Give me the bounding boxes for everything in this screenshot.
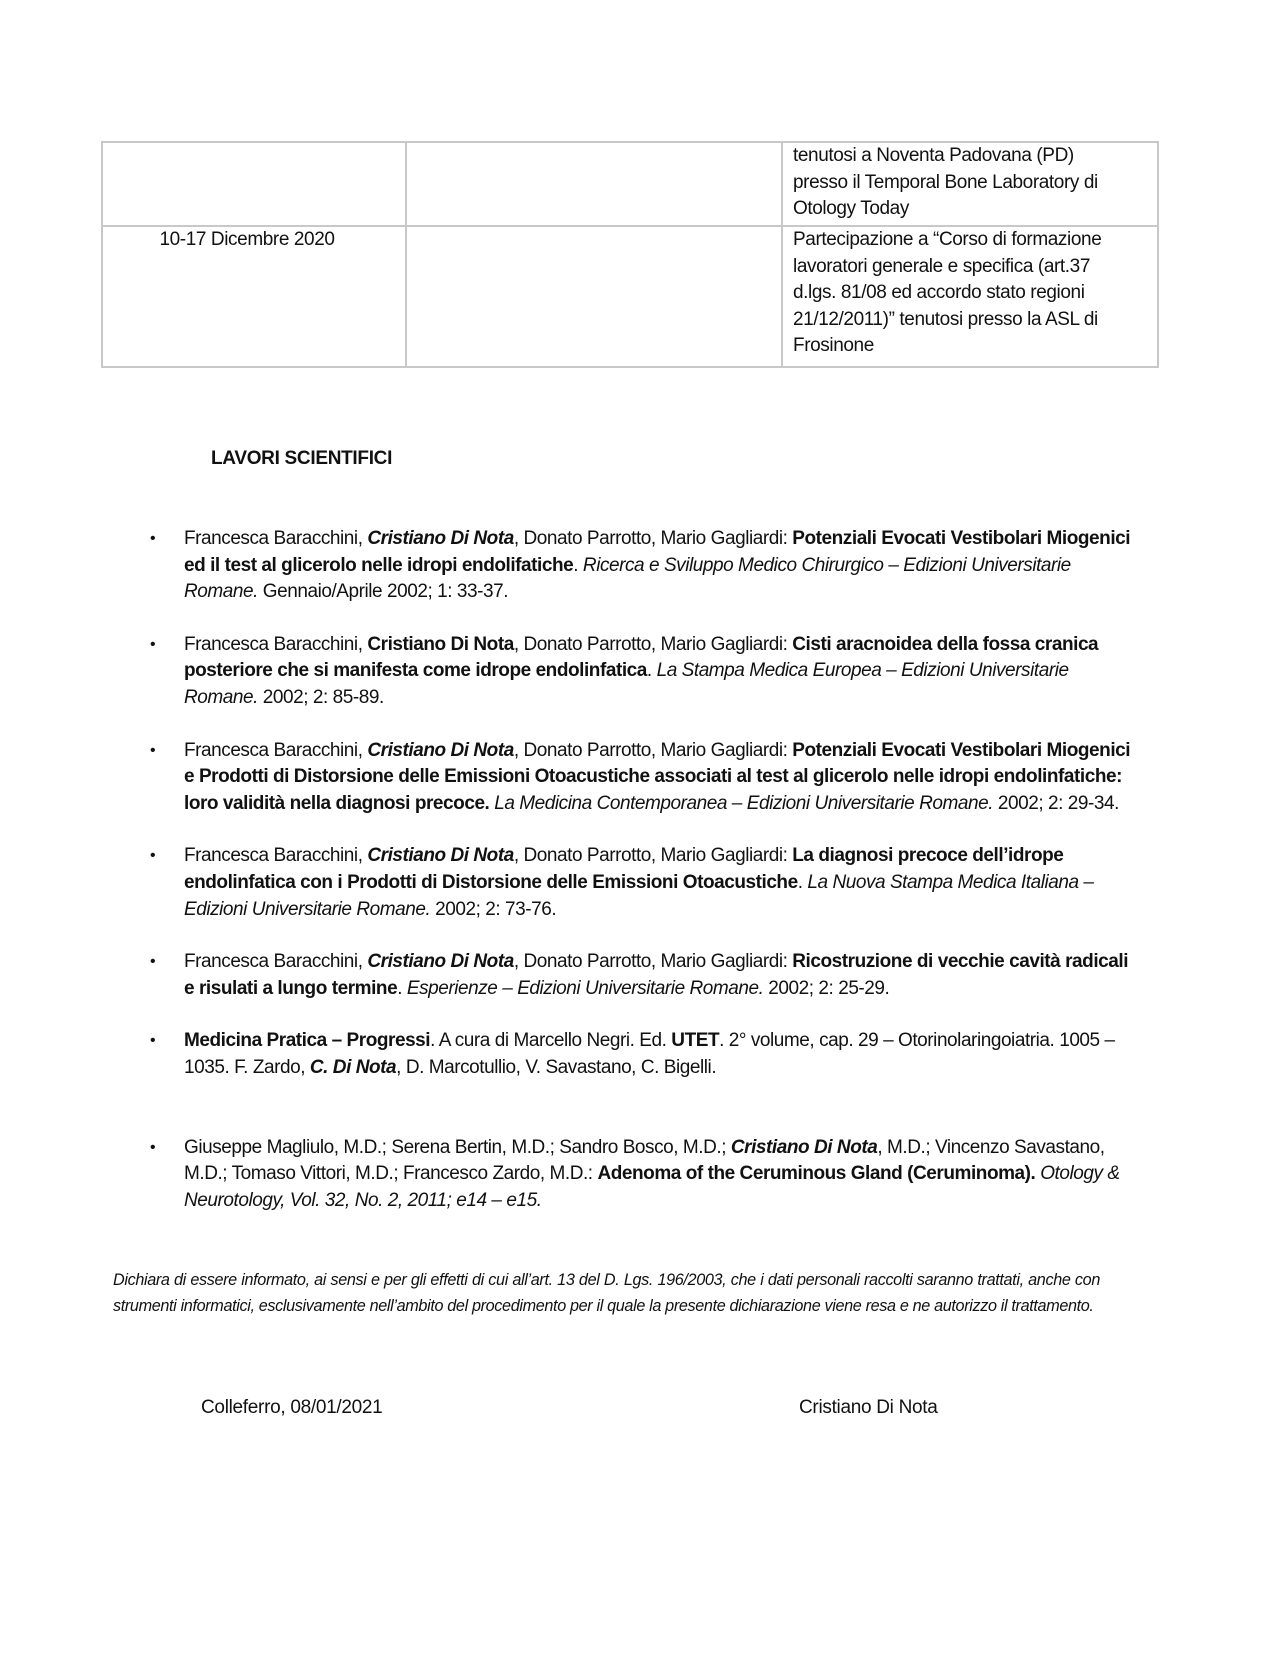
publication-text-segment: Cristiano Di Nota bbox=[367, 528, 513, 549]
publication-text-segment: Francesca Baracchini, bbox=[184, 528, 367, 549]
middle-cell bbox=[406, 226, 782, 367]
table-row: tenutosi a Noventa Padovana (PD) presso … bbox=[102, 142, 1158, 226]
training-table: tenutosi a Noventa Padovana (PD) presso … bbox=[101, 141, 1159, 368]
publication-text-segment: . bbox=[798, 872, 808, 893]
publication-item: •Medicina Pratica – Progressi. A cura di… bbox=[150, 1028, 1140, 1081]
publication-text-segment: Francesca Baracchini, bbox=[184, 951, 367, 972]
bullet-icon: • bbox=[150, 949, 155, 976]
description-cell: Partecipazione a “Corso di formazione la… bbox=[782, 226, 1158, 367]
publication-item: •Francesca Baracchini, Cristiano Di Nota… bbox=[150, 526, 1140, 606]
bullet-icon: • bbox=[150, 526, 155, 553]
publication-text-segment: La Medicina Contemporanea – Edizioni Uni… bbox=[494, 793, 993, 814]
publication-text-segment: , Donato Parrotto, Mario Gagliardi: bbox=[514, 740, 792, 761]
description-cell: tenutosi a Noventa Padovana (PD) presso … bbox=[782, 142, 1158, 226]
publication-text-segment: , Donato Parrotto, Mario Gagliardi: bbox=[514, 528, 792, 549]
publication-text-segment: . bbox=[397, 978, 407, 999]
publication-list: •Francesca Baracchini, Cristiano Di Nota… bbox=[150, 526, 1140, 1240]
bullet-icon: • bbox=[150, 632, 155, 659]
publication-item: •Francesca Baracchini, Cristiano Di Nota… bbox=[150, 632, 1140, 712]
publication-text-segment: . A cura di Marcello Negri. Ed. bbox=[430, 1030, 671, 1051]
publication-text-segment: Cristiano Di Nota bbox=[367, 634, 513, 655]
publication-text-segment: Cristiano Di Nota bbox=[367, 740, 513, 761]
publication-text-segment: , Donato Parrotto, Mario Gagliardi: bbox=[514, 951, 792, 972]
privacy-disclaimer: Dichiara di essere informato, ai sensi e… bbox=[113, 1268, 1100, 1319]
publication-text-segment: . bbox=[647, 660, 657, 681]
document-page: tenutosi a Noventa Padovana (PD) presso … bbox=[0, 0, 1280, 1656]
publication-text-segment: Cristiano Di Nota bbox=[731, 1137, 877, 1158]
table-row: 10-17 Dicembre 2020 Partecipazione a “Co… bbox=[102, 226, 1158, 367]
publication-text-segment: Adenoma of the Ceruminous Gland (Cerumin… bbox=[597, 1163, 1035, 1184]
publication-text-segment: C. Di Nota bbox=[310, 1057, 396, 1078]
publication-item: •Francesca Baracchini, Cristiano Di Nota… bbox=[150, 843, 1140, 923]
publication-text-segment: Giuseppe Magliulo, M.D.; Serena Bertin, … bbox=[184, 1137, 731, 1158]
publication-text-segment: 2002; 2: 29-34. bbox=[993, 793, 1119, 814]
publication-text-segment: UTET bbox=[671, 1030, 719, 1051]
bullet-icon: • bbox=[150, 738, 155, 765]
publication-text-segment: 2002; 2: 73-76. bbox=[430, 899, 556, 920]
publication-text-segment: Esperienze – Edizioni Universitarie Roma… bbox=[407, 978, 764, 999]
publication-text-segment: , D. Marcotullio, V. Savastano, C. Bigel… bbox=[396, 1057, 716, 1078]
date-cell bbox=[102, 142, 406, 226]
bullet-icon: • bbox=[150, 843, 155, 870]
publication-item: •Francesca Baracchini, Cristiano Di Nota… bbox=[150, 738, 1140, 818]
section-heading: LAVORI SCIENTIFICI bbox=[211, 448, 392, 470]
date-cell: 10-17 Dicembre 2020 bbox=[102, 226, 406, 367]
publication-text-segment: Gennaio/Aprile 2002; 1: 33-37. bbox=[258, 581, 508, 602]
signature-name: Cristiano Di Nota bbox=[799, 1397, 938, 1419]
publication-text-segment: Medicina Pratica – Progressi bbox=[184, 1030, 430, 1051]
bullet-icon: • bbox=[150, 1135, 155, 1162]
publication-item: •Giuseppe Magliulo, M.D.; Serena Bertin,… bbox=[150, 1135, 1140, 1215]
place-and-date: Colleferro, 08/01/2021 bbox=[201, 1397, 382, 1419]
publication-text-segment: Francesca Baracchini, bbox=[184, 740, 367, 761]
publication-text-segment: , Donato Parrotto, Mario Gagliardi: bbox=[514, 845, 792, 866]
publication-item: •Francesca Baracchini, Cristiano Di Nota… bbox=[150, 949, 1140, 1002]
publication-text-segment: Francesca Baracchini, bbox=[184, 845, 367, 866]
publication-text-segment: Cristiano Di Nota bbox=[367, 951, 513, 972]
publication-text-segment: , Donato Parrotto, Mario Gagliardi: bbox=[514, 634, 792, 655]
publication-text-segment: Francesca Baracchini, bbox=[184, 634, 367, 655]
publication-text-segment: 2002; 2: 85-89. bbox=[258, 687, 384, 708]
middle-cell bbox=[406, 142, 782, 226]
publication-text-segment: 2002; 2: 25-29. bbox=[763, 978, 889, 999]
bullet-icon: • bbox=[150, 1028, 155, 1055]
publication-text-segment: Cristiano Di Nota bbox=[367, 845, 513, 866]
publication-text-segment: . bbox=[573, 555, 583, 576]
